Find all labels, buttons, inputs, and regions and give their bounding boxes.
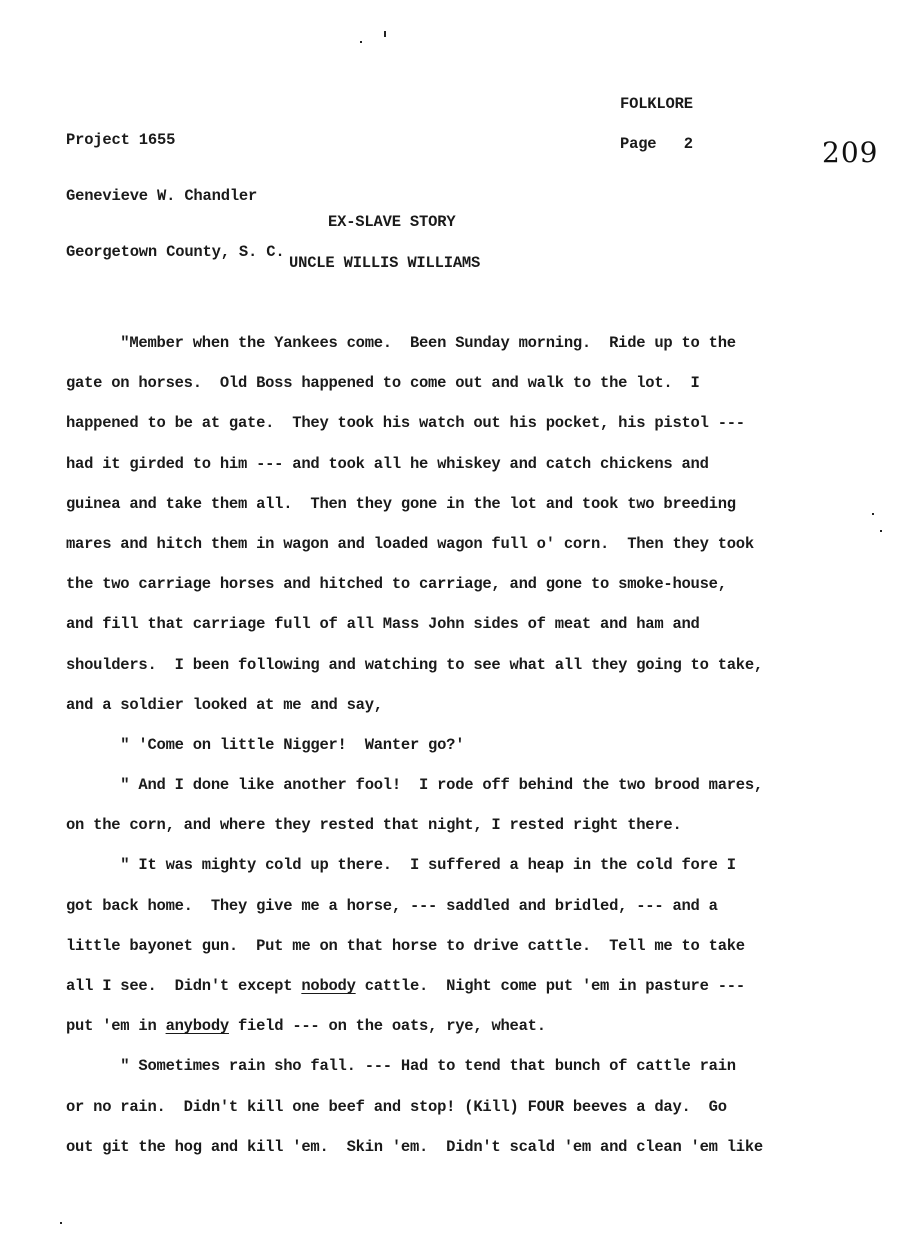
document-title: EX-SLAVE STORY [328,213,455,231]
text-line: gate on horses. Old Boss happened to com… [66,374,763,414]
scan-speck [384,31,386,37]
text-segment: put 'em in [66,1017,166,1035]
text-line: little bayonet gun. Put me on that horse… [66,937,763,977]
location: Georgetown County, S. C. [66,243,284,263]
header-left-block: Project 1655 Genevieve W. Chandler Georg… [66,95,284,299]
text-segment: field --- on the oats, rye, wheat. [229,1017,546,1035]
narrative-body: "Member when the Yankees come. Been Sund… [66,334,763,1178]
text-line: mares and hitch them in wagon and loaded… [66,535,763,575]
text-line: out git the hog and kill 'em. Skin 'em. … [66,1138,763,1178]
text-line: put 'em in anybody field --- on the oats… [66,1017,763,1057]
text-line: " It was mighty cold up there. I suffere… [66,856,763,896]
text-line: and fill that carriage full of all Mass … [66,615,763,655]
scan-speck [360,41,362,43]
text-line: "Member when the Yankees come. Been Sund… [66,334,763,374]
document-subtitle: UNCLE WILLIS WILLIAMS [289,254,480,272]
project-number: Project 1655 [66,131,284,151]
text-line: guinea and take them all. Then they gone… [66,495,763,535]
text-line: got back home. They give me a horse, ---… [66,897,763,937]
text-line: on the corn, and where they rested that … [66,816,763,856]
text-line: had it girded to him --- and took all he… [66,455,763,495]
underlined-word: anybody [166,1017,229,1035]
text-line: " Sometimes rain sho fall. --- Had to te… [66,1057,763,1097]
text-line: and a soldier looked at me and say, [66,696,763,736]
scan-speck [872,513,874,515]
text-line: all I see. Didn't except nobody cattle. … [66,977,763,1017]
scan-speck [60,1222,62,1224]
text-segment: cattle. Night come put 'em in pasture --… [356,977,745,995]
text-line: " 'Come on little Nigger! Wanter go?' [66,736,763,776]
text-segment: all I see. Didn't except [66,977,301,995]
text-line: or no rain. Didn't kill one beef and sto… [66,1098,763,1138]
text-line: shoulders. I been following and watching… [66,656,763,696]
underlined-word: nobody [301,977,355,995]
page-label: Page 2 [620,135,693,153]
text-line: " And I done like another fool! I rode o… [66,776,763,816]
author-name: Genevieve W. Chandler [66,187,284,207]
text-line: the two carriage horses and hitched to c… [66,575,763,615]
category-label: FOLKLORE [620,95,693,113]
text-line: happened to be at gate. They took his wa… [66,414,763,454]
scan-speck [880,530,882,532]
page-stamp-number: 209 [822,136,878,169]
